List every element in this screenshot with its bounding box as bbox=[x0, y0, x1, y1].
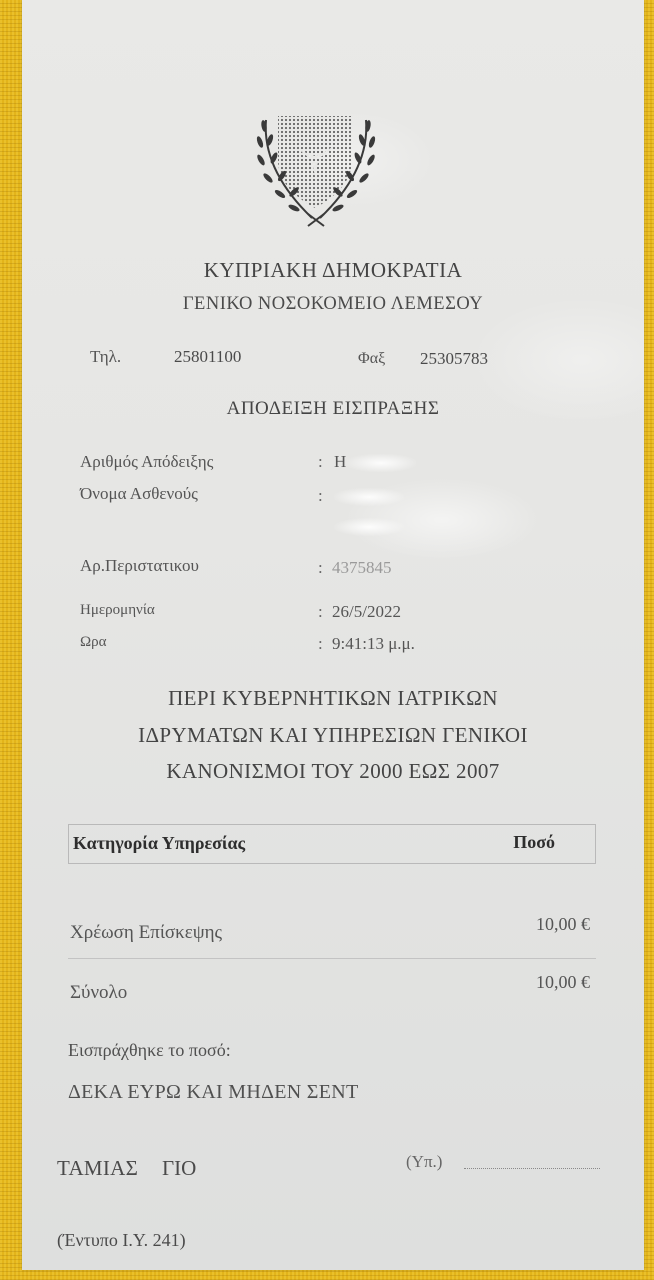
receipt-number-value: H bbox=[334, 452, 416, 472]
field-colon: : bbox=[318, 634, 323, 654]
date-value: 26/5/2022 bbox=[332, 602, 401, 622]
fax-value: 25305783 bbox=[420, 349, 488, 369]
amount-collected-label: Εισπράχθηκε το ποσό: bbox=[68, 1040, 231, 1061]
receipt-number-label: Αριθμός Απόδειξης bbox=[80, 452, 213, 472]
redacted-area bbox=[346, 454, 416, 472]
hospital-name: ΓΕΝΙΚΟ ΝΟΣΟΚΟΜΕΙΟ ΛΕΜΕΣΟΥ bbox=[22, 294, 644, 315]
services-table-header: Κατηγορία Υπηρεσίας Ποσό bbox=[68, 824, 596, 864]
field-colon: : bbox=[318, 602, 323, 622]
column-header-category: Κατηγορία Υπηρεσίας bbox=[73, 833, 245, 854]
time-value: 9:41:13 μ.μ. bbox=[332, 634, 415, 654]
phone-label: Τηλ. bbox=[90, 347, 121, 367]
field-colon: : bbox=[318, 486, 323, 506]
cashier-label: ΤΑΜΙΑΣ bbox=[57, 1156, 138, 1181]
cashier-code: ΓΙΟ bbox=[162, 1156, 196, 1181]
redacted-area bbox=[334, 518, 404, 536]
patient-name-label: Όνομα Ασθενούς bbox=[80, 484, 198, 504]
signature-line bbox=[464, 1168, 600, 1169]
time-label: Ωρα bbox=[80, 634, 107, 651]
total-label: Σύνολο bbox=[70, 982, 127, 1004]
patient-name-value bbox=[334, 486, 404, 506]
form-number: (Έντυπο Ι.Υ. 241) bbox=[57, 1230, 186, 1251]
receipt-title: ΑΠΟΔΕΙΞΗ ΕΙΣΠΡΑΞΗΣ bbox=[22, 398, 644, 420]
cyprus-coat-of-arms-icon bbox=[252, 110, 380, 228]
regulation-line-2: ΙΔΡΥΜΑΤΩΝ ΚΑΙ ΥΠΗΡΕΣΙΩΝ ΓΕΝΙΚΟΙ bbox=[22, 723, 644, 748]
amount-in-words: ΔΕΚΑ ΕΥΡΩ ΚΑΙ ΜΗΔΕΝ ΣΕΝΤ bbox=[68, 1081, 359, 1104]
service-row-amount: 10,00 € bbox=[536, 914, 590, 935]
total-amount: 10,00 € bbox=[536, 972, 590, 993]
signature-label: (Υπ.) bbox=[406, 1152, 442, 1172]
case-number-label: Αρ.Περιστατικου bbox=[80, 556, 199, 576]
column-header-amount: Ποσό bbox=[513, 832, 555, 853]
case-number-value: 4375845 bbox=[332, 558, 392, 578]
country-title: ΚΥΠΡΙΑΚΗ ΔΗΜΟΚΡΑΤΙΑ bbox=[22, 258, 644, 283]
service-row-label: Χρέωση Επίσκεψης bbox=[70, 922, 222, 944]
regulation-line-3: ΚΑΝΟΝΙΣΜΟΙ ΤΟΥ 2000 ΕΩΣ 2007 bbox=[22, 759, 644, 784]
patient-name-line2 bbox=[334, 516, 404, 536]
phone-value: 25801100 bbox=[174, 347, 241, 367]
table-divider bbox=[68, 958, 596, 959]
receipt-paper: ΚΥΠΡΙΑΚΗ ΔΗΜΟΚΡΑΤΙΑ ΓΕΝΙΚΟ ΝΟΣΟΚΟΜΕΙΟ ΛΕ… bbox=[22, 0, 644, 1270]
regulation-line-1: ΠΕΡΙ ΚΥΒΕΡΝΗΤΙΚΩΝ ΙΑΤΡΙΚΩΝ bbox=[22, 686, 644, 711]
field-colon: : bbox=[318, 452, 323, 472]
date-label: Ημερομηνία bbox=[80, 602, 155, 619]
redacted-area bbox=[334, 488, 404, 506]
fax-label: Φαξ bbox=[358, 350, 385, 368]
field-colon: : bbox=[318, 558, 323, 578]
